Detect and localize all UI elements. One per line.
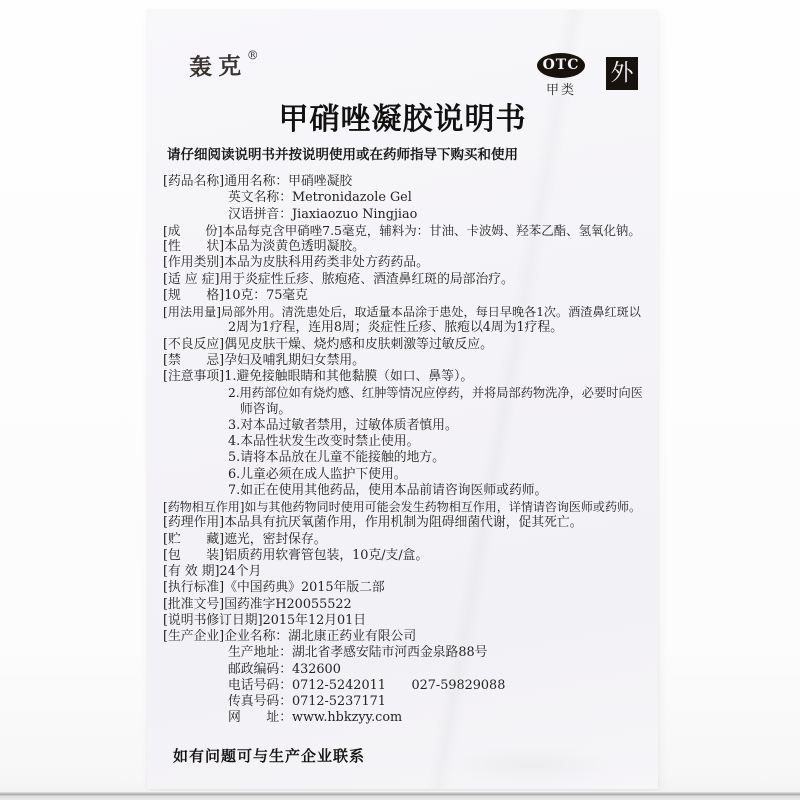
section-text: 《中国药典》2015年版二部 [224, 580, 385, 595]
section-label: [不良反应] [163, 337, 224, 352]
brand-logo: 轰克® [189, 47, 260, 82]
section-label: [说明书修订日期] [163, 613, 263, 628]
leaflet-line: 英文名称：Metronidazole Gel [163, 190, 645, 206]
otc-badge: OTC 甲类 [536, 53, 586, 98]
leaflet-line: [说明书修订日期]2015年12月01日 [163, 613, 645, 629]
section-text: 24个月 [220, 564, 262, 579]
surface-edge [0, 791, 800, 800]
leaflet-line: 电话号码：0712-5242011 027-59829088 [163, 678, 645, 694]
section-text: 网 址：www.hbkzyy.com [228, 710, 402, 725]
section-text: 如与其他药物同时使用可能会发生药物相互作用，详情请咨询医师或药师。 [244, 500, 641, 514]
section-label: [执行标准] [163, 580, 224, 595]
section-text: 3.对本品过敏者禁用，过敏体质者慎用。 [228, 418, 458, 433]
section-label: [药物相互作用] [163, 500, 244, 514]
brand-name: 轰克 [189, 52, 248, 81]
section-label: [药品名称] [163, 174, 224, 189]
section-label: [规 格] [163, 288, 224, 303]
otc-oval-icon: OTC [537, 53, 585, 78]
leaflet-line: [性 状]本品为淡黄色透明凝胶。 [163, 239, 645, 255]
leaflet-line: [生产企业]企业名称：湖北康正药业有限公司 [163, 629, 645, 645]
section-text: 局部外用。清洗患处后，取适量本品涂于患处，每日早晚各1次。酒渣鼻红斑以 [221, 305, 641, 319]
section-text: 电话号码：0712-5242011 027-59829088 [228, 678, 505, 693]
registered-trademark-icon: ® [247, 48, 259, 62]
section-text: 2.用药部位如有烧灼感、红肿等情况应停药，并将局部药物洗净，必要时向医 [228, 386, 643, 400]
section-text: 4.本品性状发生改变时禁止使用。 [228, 434, 419, 449]
leaflet-paper: 轰克® OTC 甲类 外 甲硝唑凝胶说明书 请仔细阅读说明书并按说明使用或在药师… [147, 10, 658, 789]
section-label: [注意事项] [163, 369, 224, 384]
leaflet-line: [禁 忌]孕妇及哺乳期妇女禁用。 [163, 353, 645, 369]
leaflet-line: 2.用药部位如有烧灼感、红肿等情况应停药，并将局部药物洗净，必要时向医 [163, 385, 645, 401]
leaflet-line: 4.本品性状发生改变时禁止使用。 [163, 434, 645, 450]
leaflet-line: 师咨询。 [163, 402, 645, 418]
photo-background: 轰克® OTC 甲类 外 甲硝唑凝胶说明书 请仔细阅读说明书并按说明使用或在药师… [0, 0, 800, 800]
section-label: [药理作用] [163, 515, 224, 530]
section-text: 传真号码：0712-5237171 [228, 694, 386, 709]
section-text: 英文名称：Metronidazole Gel [228, 190, 412, 205]
leaflet-line: 网 址：www.hbkzyy.com [163, 710, 645, 726]
section-text: 用于炎症性丘疹、脓疱疮、酒渣鼻红斑的局部治疗。 [220, 272, 514, 287]
section-label: [包 装] [163, 548, 224, 563]
section-label: [用法用量] [163, 305, 221, 319]
contact-note: 如有问题可与生产企业联系 [173, 745, 365, 766]
section-text: 汉语拼音：Jiaxiaozuo Ningjiao [228, 207, 417, 222]
leaflet-line: [有 效 期]24个月 [163, 564, 645, 580]
leaflet-line: [成 份]本品每克含甲硝唑7.5毫克，辅料为：甘油、卡波姆、羟苯乙酯、氢氧化钠。 [163, 223, 645, 239]
usage-notice: 请仔细阅读说明书并按说明使用或在药师指导下购买和使用 [167, 143, 518, 163]
section-text: 10克：75毫克 [224, 288, 308, 303]
leaflet-line: [批准文号]国药准字H20055522 [163, 597, 645, 613]
section-text: 7.如正在使用其他药品，使用本品前请咨询医师或药师。 [228, 483, 547, 498]
leaflet-line: [包 装]铝质药用软膏管包装，10克/支/盒。 [163, 548, 645, 564]
section-text: 本品每克含甲硝唑7.5毫克，辅料为：甘油、卡波姆、羟苯乙酯、氢氧化钠。 [223, 223, 641, 238]
leaflet-line: 2周为1疗程，连用8周；炎症性丘疹、脓疱以4周为1疗程。 [163, 320, 645, 336]
leaflet-body: [药品名称]通用名称：甲硝唑凝胶 英文名称：Metronidazole Gel … [163, 174, 645, 727]
section-text: 偶见皮肤干燥、烧灼感和皮肤刺激等过敏反应。 [224, 337, 493, 352]
section-text: 企业名称：湖北康正药业有限公司 [224, 629, 416, 644]
leaflet-line: 邮政编码：432600 [163, 662, 645, 678]
leaflet-line: [适 应 症]用于炎症性丘疹、脓疱疮、酒渣鼻红斑的局部治疗。 [163, 272, 645, 288]
leaflet-line: [药品名称]通用名称：甲硝唑凝胶 [163, 174, 645, 190]
section-label: [贮 藏] [163, 532, 224, 547]
leaflet-line: [贮 藏]遮光，密封保存。 [163, 532, 645, 548]
leaflet-line: [规 格]10克：75毫克 [163, 288, 645, 304]
leaflet-line: 汉语拼音：Jiaxiaozuo Ningjiao [163, 207, 645, 223]
section-label: [批准文号] [163, 597, 224, 612]
leaflet-line: [药物相互作用]如与其他药物同时使用可能会发生药物相互作用，详情请咨询医师或药师… [163, 499, 645, 515]
section-label: [适 应 症] [163, 272, 220, 287]
section-text: 6.儿童必须在成人监护下使用。 [228, 467, 407, 482]
external-use-badge: 外 [606, 57, 638, 90]
leaflet-line: [注意事项]1.避免接触眼睛和其他黏膜（如口、鼻等）。 [163, 369, 645, 385]
leaflet-line: [执行标准]《中国药典》2015年版二部 [163, 580, 645, 596]
leaflet-line: [作用类别]本品为皮肤科用药类非处方药药品。 [163, 255, 645, 271]
section-text: 孕妇及哺乳期妇女禁用。 [224, 353, 365, 368]
section-text: 本品具有抗厌氧菌作用，作用机制为阻碍细菌代谢，促其死亡。 [224, 515, 582, 530]
section-label: [作用类别] [163, 255, 224, 270]
section-text: 1.避免接触眼睛和其他黏膜（如口、鼻等）。 [224, 369, 473, 384]
leaflet-line: [不良反应]偶见皮肤干燥、烧灼感和皮肤刺激等过敏反应。 [163, 337, 645, 353]
section-label: [性 状] [163, 239, 224, 254]
section-label: [生产企业] [163, 629, 224, 644]
section-text: 2015年12月01日 [263, 613, 367, 628]
section-text: 2周为1疗程，连用8周；炎症性丘疹、脓疱以4周为1疗程。 [228, 320, 563, 335]
section-label: [有 效 期] [163, 564, 220, 579]
section-text: 通用名称：甲硝唑凝胶 [224, 174, 352, 189]
leaflet-line: [用法用量]局部外用。清洗患处后，取适量本品涂于患处，每日早晚各1次。酒渣鼻红斑… [163, 304, 645, 320]
section-text: 邮政编码：432600 [228, 662, 341, 677]
section-text: 师咨询。 [240, 402, 291, 417]
section-label: [禁 忌] [163, 353, 224, 368]
section-text: 5.请将本品放在儿童不能接触的地方。 [228, 450, 445, 465]
section-text: 铝质药用软膏管包装，10克/支/盒。 [224, 548, 428, 563]
page-title: 甲硝唑凝胶说明书 [147, 94, 658, 138]
leaflet-line: 生产地址：湖北省孝感安陆市河西金泉路88号 [163, 645, 645, 661]
section-label: [成 份] [163, 223, 223, 238]
leaflet-line: 3.对本品过敏者禁用，过敏体质者慎用。 [163, 418, 645, 434]
leaflet-line: [药理作用]本品具有抗厌氧菌作用，作用机制为阻碍细菌代谢，促其死亡。 [163, 515, 645, 531]
section-text: 本品为皮肤科用药类非处方药药品。 [224, 255, 429, 270]
section-text: 国药准字H20055522 [224, 597, 351, 612]
section-text: 本品为淡黄色透明凝胶。 [224, 239, 365, 254]
leaflet-line: 7.如正在使用其他药品，使用本品前请咨询医师或药师。 [163, 483, 645, 499]
section-text: 生产地址：湖北省孝感安陆市河西金泉路88号 [228, 645, 487, 660]
leaflet-line: 传真号码：0712-5237171 [163, 694, 645, 710]
section-text: 遮光，密封保存。 [224, 532, 326, 547]
leaflet-line: 6.儿童必须在成人监护下使用。 [163, 467, 645, 483]
leaflet-line: 5.请将本品放在儿童不能接触的地方。 [163, 450, 645, 466]
